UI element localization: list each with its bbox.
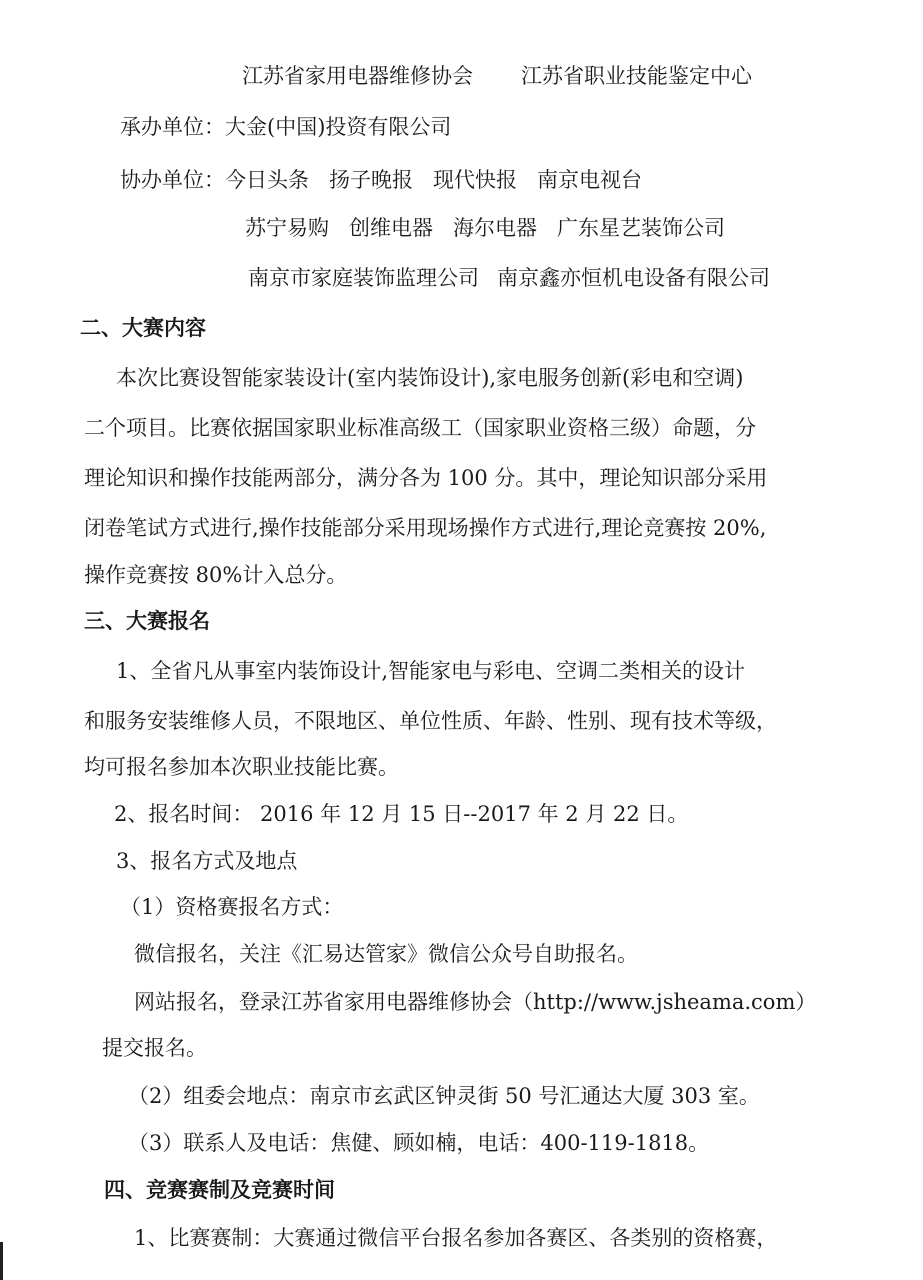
paragraph-line: 1、全省凡从事室内装饰设计,智能家电与彩电、空调二类相关的设计 xyxy=(116,657,745,685)
host-organizer: 江苏省职业技能鉴定中心 xyxy=(521,64,752,88)
undertaker-line: 承办单位：大金(中国)投资有限公司 xyxy=(120,113,451,141)
cosponsor: 创维电器 xyxy=(349,216,433,240)
paragraph-line: 提交报名。 xyxy=(102,1034,207,1062)
section-heading-format: 四、竞赛赛制及竞赛时间 xyxy=(104,1176,335,1204)
cosponsor: 广东星艺装饰公司 xyxy=(557,216,725,240)
undertaker-label: 承办单位： xyxy=(120,115,225,139)
registration-method-title: 3、报名方式及地点 xyxy=(116,847,297,875)
cosponsor: 南京鑫亦恒机电设备有限公司 xyxy=(497,266,770,290)
cosponsor-line-1: 协办单位：今日头条扬子晚报现代快报南京电视台 xyxy=(120,166,642,194)
committee-location: （2）组委会地点：南京市玄武区钟灵街 50 号汇通达大厦 303 室。 xyxy=(128,1082,760,1110)
paragraph-line: 操作竞赛按 80%计入总分。 xyxy=(84,561,347,589)
wechat-registration: 微信报名，关注《汇易达管家》微信公众号自助报名。 xyxy=(134,940,638,968)
cosponsor: 南京电视台 xyxy=(537,168,642,192)
qualifier-method-title: （1）资格赛报名方式： xyxy=(120,893,343,921)
cosponsor-label: 协办单位： xyxy=(120,168,225,192)
paragraph-line: 本次比赛设智能家装设计(室内装饰设计),家电服务创新(彩电和空调) xyxy=(116,364,743,392)
host-organizers-line: 江苏省家用电器维修协会江苏省职业技能鉴定中心 xyxy=(242,62,752,90)
cosponsor: 现代快报 xyxy=(433,168,517,192)
paragraph-line: 和服务安装维修人员，不限地区、单位性质、年龄、性别、现有技术等级， xyxy=(84,707,777,735)
contact-phone: （3）联系人及电话：焦健、顾如楠，电话：400-119-1818。 xyxy=(128,1129,709,1157)
cosponsor-line-2: 苏宁易购创维电器海尔电器广东星艺装饰公司 xyxy=(245,214,725,242)
paragraph-line: 1、比赛赛制：大赛通过微信平台报名参加各赛区、各类别的资格赛， xyxy=(134,1224,777,1252)
cosponsor: 海尔电器 xyxy=(453,216,537,240)
paragraph-line: 闭卷笔试方式进行,操作技能部分采用现场操作方式进行,理论竞赛按 20%, xyxy=(84,514,766,542)
section-heading-content: 二、大赛内容 xyxy=(80,314,206,342)
section-heading-registration: 三、大赛报名 xyxy=(84,607,210,635)
registration-time: 2、报名时间： 2016 年 12 月 15 日--2017 年 2 月 22 … xyxy=(114,800,688,828)
cosponsor: 南京市家庭装饰监理公司 xyxy=(248,266,479,290)
undertaker-value: 大金(中国)投资有限公司 xyxy=(225,115,451,139)
cosponsor-line-3: 南京市家庭装饰监理公司南京鑫亦恒机电设备有限公司 xyxy=(248,264,770,292)
scan-edge-mark xyxy=(0,1242,3,1280)
paragraph-line: 理论知识和操作技能两部分，满分各为 100 分。其中，理论知识部分采用 xyxy=(84,464,767,492)
website-registration-text: 网站报名，登录江苏省家用电器维修协会（http://www.jsheama.co… xyxy=(134,990,816,1014)
cosponsor: 今日头条 xyxy=(225,168,309,192)
cosponsor: 苏宁易购 xyxy=(245,216,329,240)
paragraph-line: 二个项目。比赛依据国家职业标准高级工（国家职业资格三级）命题，分 xyxy=(84,414,756,442)
cosponsor: 扬子晚报 xyxy=(329,168,413,192)
paragraph-line: 均可报名参加本次职业技能比赛。 xyxy=(84,753,399,781)
website-registration: 网站报名，登录江苏省家用电器维修协会（http://www.jsheama.co… xyxy=(134,988,816,1016)
host-organizer: 江苏省家用电器维修协会 xyxy=(242,64,473,88)
